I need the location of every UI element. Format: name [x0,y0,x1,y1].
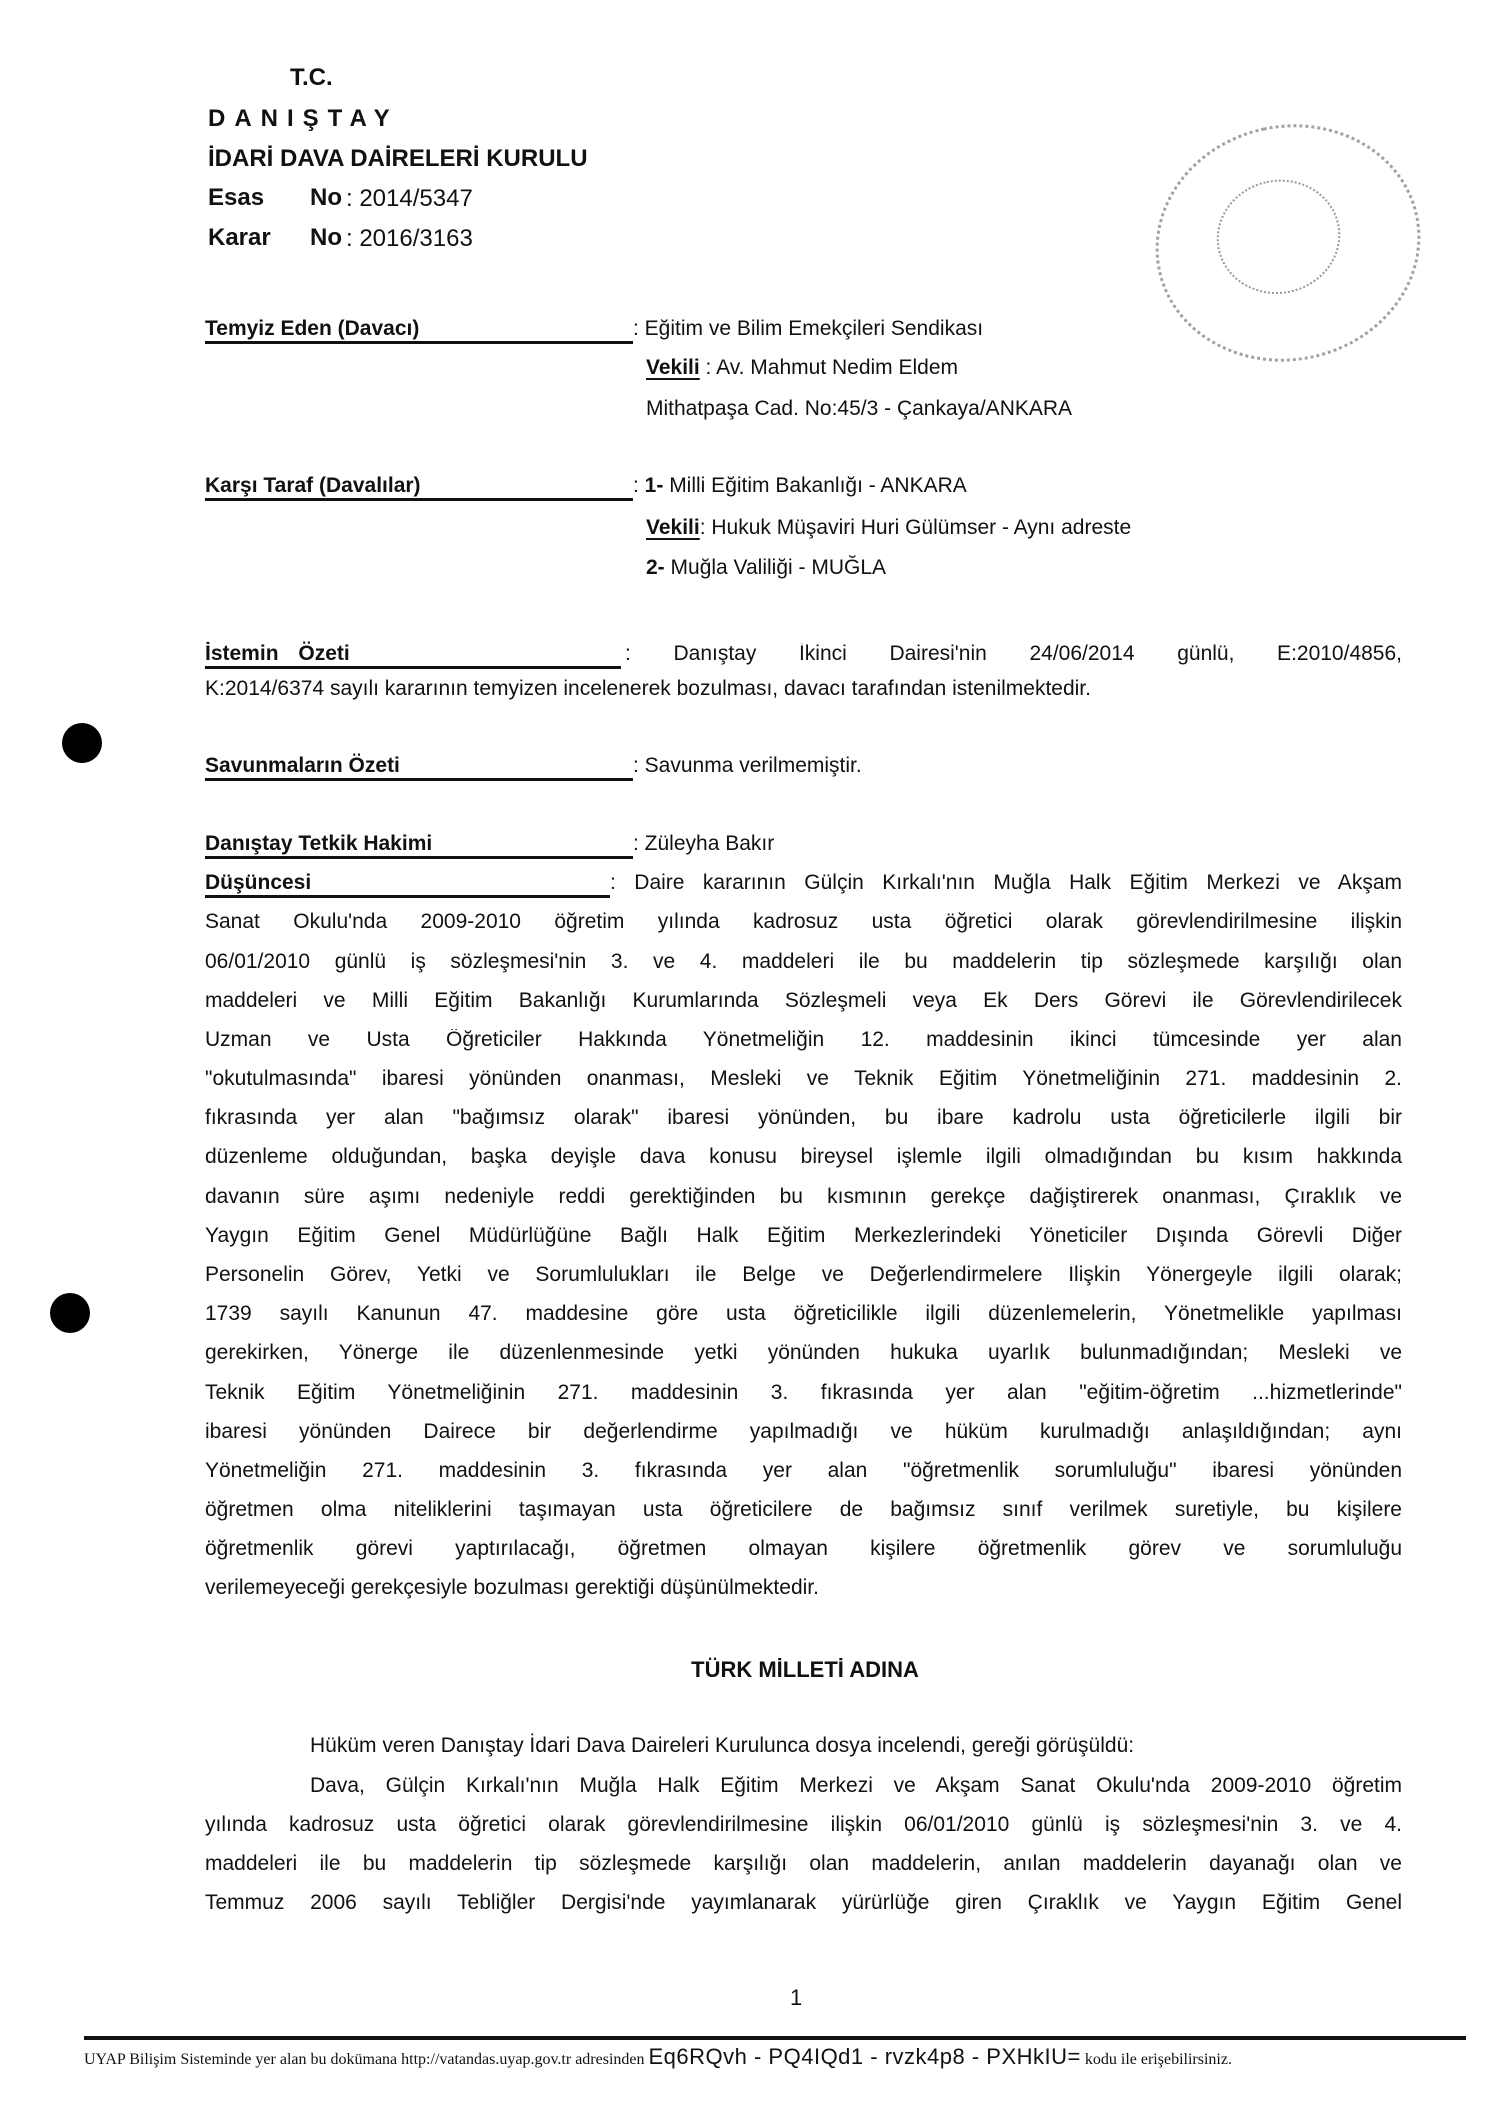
appellant-vekil-label: Vekili [646,356,700,379]
footer-rule [84,2036,1466,2040]
dusunce-line: "okutulmasında" ibaresi yönünden onanmas… [205,1068,1402,1092]
respondent-2-line: 2- Muğla Valiliği - MUĞLA [646,557,886,578]
seal-stamp [1133,100,1442,386]
header-tc: T.C. [290,66,333,90]
respondent-1-name: Milli Eğitim Bakanlığı - ANKARA [663,474,966,497]
esas-no-label: No [310,186,342,210]
savunma-label: Savunmaların Özeti [205,755,400,776]
footer-suffix: kodu ile erişebilirsiniz. [1081,2051,1232,2068]
dusunce-line: Personelin Görev, Yetki ve Sorumluluklar… [205,1264,1402,1288]
dusunce-line: fıkrasında yer alan "bağımsız olarak" ib… [205,1107,1402,1131]
dusunce-line: verilemeyeceği gerekçesiyle bozulması ge… [205,1577,1402,1598]
dusunce-label: Düşüncesi [205,872,311,893]
dusunce-line: ibaresi yönünden Dairece bir değerlendir… [205,1421,1402,1445]
appellant-address: Mithatpaşa Cad. No:45/3 - Çankaya/ANKARA [646,398,1072,419]
respondent-underline [205,498,633,501]
decision-line: yılında kadrosuz usta öğretici olarak gö… [205,1814,1402,1838]
dusunce-line: Yaygın Eğitim Genel Müdürlüğüne Bağlı Ha… [205,1225,1402,1249]
dusunce-line: Sanat Okulu'nda 2009-2010 öğretim yılınd… [205,911,1402,935]
punch-hole [62,723,102,763]
istem-line-2: K:2014/6374 sayılı kararının temyizen in… [205,678,1402,699]
savunma-underline [205,778,633,781]
istem-underline [205,666,621,669]
dusunce-line: gerekirken, Yönerge ile düzenlenmesinde … [205,1342,1402,1366]
respondent-label: Karşı Taraf (Davalılar) [205,475,421,496]
istem-label: İstemin Özeti [205,643,350,664]
dusunce-first-line: : Daire kararının Gülçin Kırkalı'nın Muğ… [610,872,1402,896]
decision-intro: Hüküm veren Danıştay İdari Dava Daireler… [310,1735,1134,1756]
esas-label: Esas [208,186,264,210]
appellant-name: : Eğitim ve Bilim Emekçileri Sendikası [633,318,983,339]
decision-line: Temmuz 2006 sayılı Tebliğler Dergisi'nde… [205,1892,1402,1916]
dusunce-line: Teknik Eğitim Yönetmeliğinin 271. maddes… [205,1382,1402,1406]
karar-label: Karar [208,226,271,250]
appellant-vekil-name: : Av. Mahmut Nedim Eldem [700,356,958,379]
respondent-2-name: Muğla Valiliği - MUĞLA [665,556,886,579]
dusunce-underline [205,895,610,898]
appellant-label: Temyiz Eden (Davacı) [205,318,419,339]
footer-prefix: UYAP Bilişim Sisteminde yer alan bu dokü… [84,2051,649,2068]
appellant-vekil-line: Vekili : Av. Mahmut Nedim Eldem [646,357,958,378]
tetkik-underline [205,856,633,859]
respondent-2-number: 2- [646,556,665,579]
dusunce-line: öğretmen olma niteliklerini taşımayan us… [205,1499,1402,1523]
dusunce-line: davanın süre aşımı nedeniyle reddi gerek… [205,1186,1402,1210]
header-court: DANIŞTAY [208,107,399,131]
istem-line-1: : Danıştay İkinci Dairesi'nin 24/06/2014… [625,643,1402,667]
punch-hole [50,1293,90,1333]
dusunce-line: Uzman ve Usta Öğreticiler Hakkında Yönet… [205,1029,1402,1053]
respondent-vekil-line: Vekili: Hukuk Müşaviri Huri Gülümser - A… [646,517,1131,538]
respondent-1-line: : 1- Milli Eğitim Bakanlığı - ANKARA [633,475,967,496]
dusunce-line: Yönetmeliğin 271. maddesinin 3. fıkrasın… [205,1460,1402,1484]
page-number: 1 [790,1985,802,2011]
decision-line: maddeleri ile bu maddelerin tip sözleşme… [205,1853,1402,1877]
esas-number: : 2014/5347 [346,187,473,211]
dusunce-line: öğretmenlik görevi yaptırılacağı, öğretm… [205,1538,1402,1562]
footer-note: UYAP Bilişim Sisteminde yer alan bu dokü… [84,2044,1232,2070]
dusunce-line: düzenleme olduğundan, başka deyişle dava… [205,1146,1402,1170]
respondent-vekil-name: : Hukuk Müşaviri Huri Gülümser - Aynı ad… [700,516,1131,539]
karar-number: : 2016/3163 [346,227,473,251]
header-board: İDARİ DAVA DAİRELERİ KURULU [208,147,588,171]
savunma-text: : Savunma verilmemiştir. [633,755,862,776]
tetkik-label: Danıştay Tetkik Hakimi [205,833,432,854]
decision-first-line: Dava, Gülçin Kırkalı'nın Muğla Halk Eğit… [310,1775,1402,1799]
respondent-1-number: 1- [645,474,664,497]
dusunce-line: 1739 sayılı Kanunun 47. maddesine göre u… [205,1303,1402,1327]
karar-no-label: No [310,226,342,250]
dusunce-line: 06/01/2010 günlü iş sözleşmesi'nin 3. ve… [205,951,1402,975]
tetkik-name: : Züleyha Bakır [633,833,774,854]
footer-access-code: Eq6RQvh - PQ4IQd1 - rvzk4p8 - PXHkIU= [649,2044,1081,2069]
appellant-underline [205,341,633,344]
dusunce-line: maddeleri ve Milli Eğitim Bakanlığı Kuru… [205,990,1402,1014]
respondent-vekil-label: Vekili [646,516,700,539]
decision-title: TÜRK MİLLETİ ADINA [55,1657,1500,1683]
